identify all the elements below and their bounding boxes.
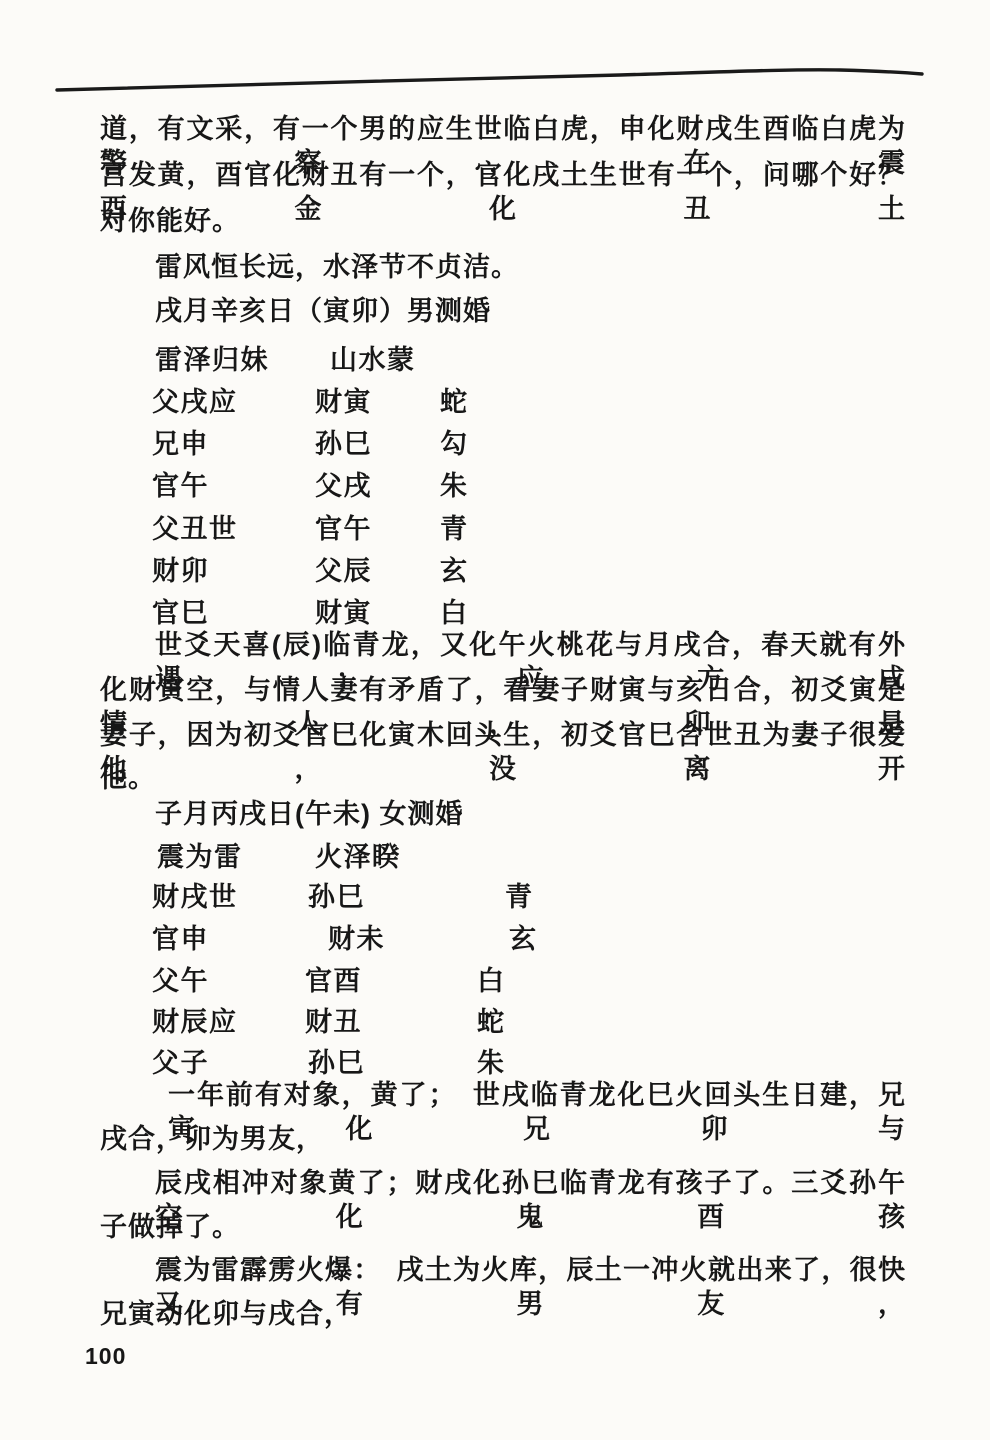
table-cell: 朱 (440, 464, 469, 503)
table-cell: 蛇 (440, 380, 469, 419)
table-cell: 父午 (152, 959, 209, 998)
case2-analysis2-line1: 辰戌相冲对象黄了；财戌化孙巳临青龙有孩子了。三爻孙午空化鬼酉孩 (155, 1166, 906, 1234)
table-cell: 青 (505, 875, 534, 914)
case1-hexagram-right: 山水蒙 (330, 338, 416, 377)
table-cell: 财丑 (305, 1000, 362, 1039)
table-cell: 父丑世 (152, 507, 238, 546)
table-cell: 官巳 (152, 591, 209, 630)
table-cell: 白 (440, 591, 469, 630)
table-cell: 孙巳 (308, 1041, 365, 1080)
table-cell: 蛇 (477, 1000, 506, 1039)
case1-analysis-line3: 妻子，因为初爻官巳化寅木回头生，初爻官巳合世丑为妻子很爱他，没离开 (100, 718, 906, 786)
case1-analysis-line4: 他。 (100, 761, 156, 795)
case1-date-line: 戌月辛亥日（寅卯）男测婚 (155, 294, 491, 328)
table-cell: 官午 (152, 464, 209, 503)
page-number: 100 (85, 1343, 126, 1370)
table-cell: 孙巳 (315, 422, 372, 461)
case1-hexagram-left: 雷泽归妹 (155, 338, 269, 377)
table-cell: 官申 (152, 917, 209, 956)
table-cell: 勾 (440, 422, 469, 461)
case2-hexagram-left: 震为雷 (157, 835, 243, 874)
table-cell: 财未 (328, 917, 385, 956)
case2-hexagram-right: 火泽睽 (315, 835, 401, 874)
table-cell: 兄申 (152, 422, 209, 461)
case2-analysis1-line2: 戌合，卯为男友， (100, 1122, 324, 1156)
paragraph1-line3: 对你能好。 (100, 204, 240, 238)
table-cell: 父辰 (315, 549, 372, 588)
case2-analysis3-line2: 兄寅动化卯与戌合， (100, 1297, 352, 1331)
table-cell: 父子 (152, 1041, 209, 1080)
intro-line: 雷风恒长远，水泽节不贞洁。 (155, 250, 519, 284)
table-cell: 父戌应 (152, 380, 238, 419)
table-cell: 财寅 (315, 591, 372, 630)
case2-analysis2-line2: 子做掉了。 (100, 1210, 240, 1244)
table-cell: 玄 (509, 917, 538, 956)
table-cell: 朱 (477, 1041, 506, 1080)
table-cell: 玄 (440, 549, 469, 588)
table-cell: 青 (440, 507, 469, 546)
table-cell: 父戌 (315, 464, 372, 503)
top-rule-line (0, 0, 990, 120)
table-cell: 财辰应 (152, 1000, 238, 1039)
scanned-book-page: 道，有文采，有一个男的应生世临白虎，申化财戌生酉临白虎为警察，在震 宫发黄，酉官… (0, 0, 990, 1440)
table-cell: 孙巳 (308, 875, 365, 914)
case2-date-line: 子月丙戌日(午未) 女测婚 (155, 797, 463, 831)
table-cell: 财卯 (152, 549, 209, 588)
table-cell: 财寅 (315, 380, 372, 419)
table-cell: 财戌世 (152, 875, 238, 914)
table-cell: 白 (477, 959, 506, 998)
table-cell: 官午 (315, 507, 372, 546)
table-cell: 官酉 (305, 959, 362, 998)
